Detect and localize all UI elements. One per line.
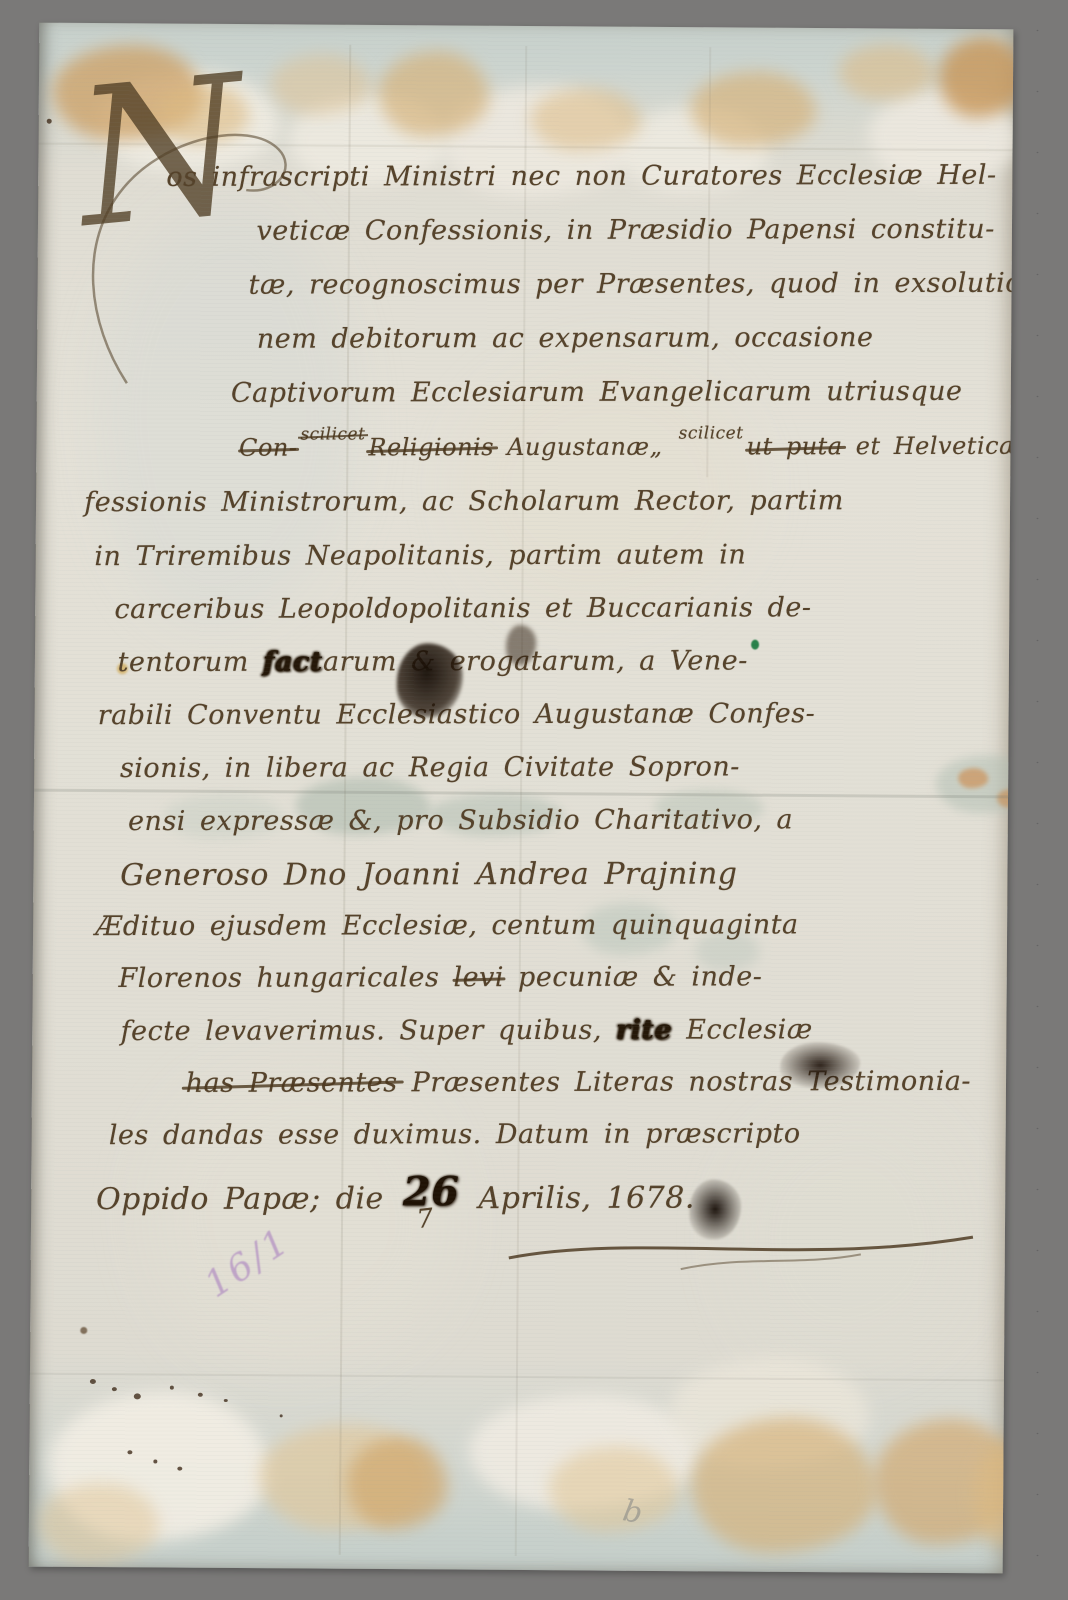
inserted-text: scilicet xyxy=(300,425,365,444)
handwritten-text: Præsentes Literas nostras Testimonia- xyxy=(398,1066,972,1099)
manuscript-line: Generoso Dno Joanni Andrea Prajning xyxy=(120,857,737,892)
struck-text: has Præsentes xyxy=(186,1067,398,1099)
manuscript-line: tentorum factarum & erogatarum, a Vene- xyxy=(118,646,748,677)
handwritten-text: arum & erogatarum, a Vene- xyxy=(323,645,748,677)
struck-text: Religionis xyxy=(368,433,494,461)
manuscript-line: Con-scilicetReligionis Augustanæ„ scilic… xyxy=(239,432,1013,461)
handwritten-text: tentorum xyxy=(118,647,263,678)
manuscript-line: Florenos hungaricales levi pecuniæ & ind… xyxy=(118,962,762,993)
manuscript-line: Ædituo ejusdem Ecclesiæ, centum quinquag… xyxy=(95,910,798,942)
handwritten-text: carceribus Leopoldopolitanis et Buccaria… xyxy=(114,592,811,625)
handwritten-text: Generoso Dno Joanni Andrea Prajning xyxy=(120,856,737,893)
handwritten-text: nem debitorum ac expensarum, occasione xyxy=(257,322,874,355)
blotted-text: fact xyxy=(263,647,323,678)
handwritten-text: rabili Conventu Ecclesiastico Augustanæ … xyxy=(98,698,816,731)
inserted-text: scilicet xyxy=(679,424,744,443)
manuscript-line: Captivorum Ecclesiarum Evangelicarum utr… xyxy=(231,377,963,409)
manuscript-line: fecte levaverimus. Super quibus, rite Ec… xyxy=(121,1015,813,1046)
manuscript-line: fessionis Ministrorum, ac Scholarum Rect… xyxy=(84,486,844,518)
date-correction: 267 xyxy=(403,1176,460,1232)
manuscript-line: carceribus Leopoldopolitanis et Buccaria… xyxy=(114,593,811,625)
manuscript-line: os infrascripti Ministri nec non Curator… xyxy=(166,161,996,193)
handwritten-text: Oppido Papæ; die xyxy=(96,1181,399,1217)
handwritten-text: fecte levaverimus. Super quibus, xyxy=(121,1015,616,1047)
handwritten-text: Florenos hungaricales xyxy=(118,962,453,994)
manuscript-lines: os infrascripti Ministri nec non Curator… xyxy=(32,25,1010,1572)
manuscript-sheet: N os infrascripti Ministri nec non Curat… xyxy=(29,23,1014,1574)
handwritten-text: Ædituo ejusdem Ecclesiæ, centum quinquag… xyxy=(95,909,798,942)
handwritten-text: os infrascripti Ministri nec non Curator… xyxy=(166,160,996,193)
handwritten-text: Augustanæ„ xyxy=(494,433,676,461)
manuscript-line: tæ, recognoscimus per Præsentes, quod in… xyxy=(249,269,1014,301)
manuscript-line: rabili Conventu Ecclesiastico Augustanæ … xyxy=(98,699,816,731)
handwritten-text: pecuniæ & inde- xyxy=(504,961,762,993)
manuscript-line: ensi expressæ &, pro Subsidio Charitativ… xyxy=(128,805,793,836)
handwritten-text: ensi expressæ &, pro Subsidio Charitativ… xyxy=(128,804,793,837)
struck-text: ut puta xyxy=(747,432,843,460)
handwritten-text: fessionis Ministrorum, ac Scholarum Rect… xyxy=(84,485,844,518)
handwritten-text: Aprilis, 1678. xyxy=(463,1180,694,1216)
manuscript-line: has Præsentes Præsentes Literas nostras … xyxy=(186,1067,971,1099)
manuscript-line: les dandas esse duximus. Datum in præscr… xyxy=(109,1119,801,1150)
manuscript-line: sionis, in libera ac Regia Civitate Sopr… xyxy=(120,752,740,783)
manuscript-line: nem debitorum ac expensarum, occasione xyxy=(257,323,874,354)
handwritten-text: tæ, recognoscimus per Præsentes, quod in… xyxy=(249,268,1014,301)
struck-text: levi xyxy=(453,962,504,993)
handwritten-text: et Helveticæ Con- xyxy=(843,431,1014,460)
handwritten-text: les dandas esse duximus. Datum in præscr… xyxy=(109,1118,801,1151)
struck-text: Con- xyxy=(239,434,297,462)
handwritten-text: Captivorum Ecclesiarum Evangelicarum utr… xyxy=(231,376,963,409)
handwritten-text: in Triremibus Neapolitanis, partim autem… xyxy=(94,539,746,572)
handwritten-text: Ecclesiæ xyxy=(672,1014,813,1045)
blotted-text: rite xyxy=(616,1015,672,1046)
manuscript-line: in Triremibus Neapolitanis, partim autem… xyxy=(94,540,746,571)
manuscript-line: Oppido Papæ; die 267 Aprilis, 1678. xyxy=(96,1172,695,1229)
manuscript-line: veticæ Confessionis, in Præsidio Papensi… xyxy=(256,215,994,247)
handwritten-text: veticæ Confessionis, in Præsidio Papensi… xyxy=(256,214,994,247)
handwritten-text: sionis, in libera ac Regia Civitate Sopr… xyxy=(120,751,740,784)
